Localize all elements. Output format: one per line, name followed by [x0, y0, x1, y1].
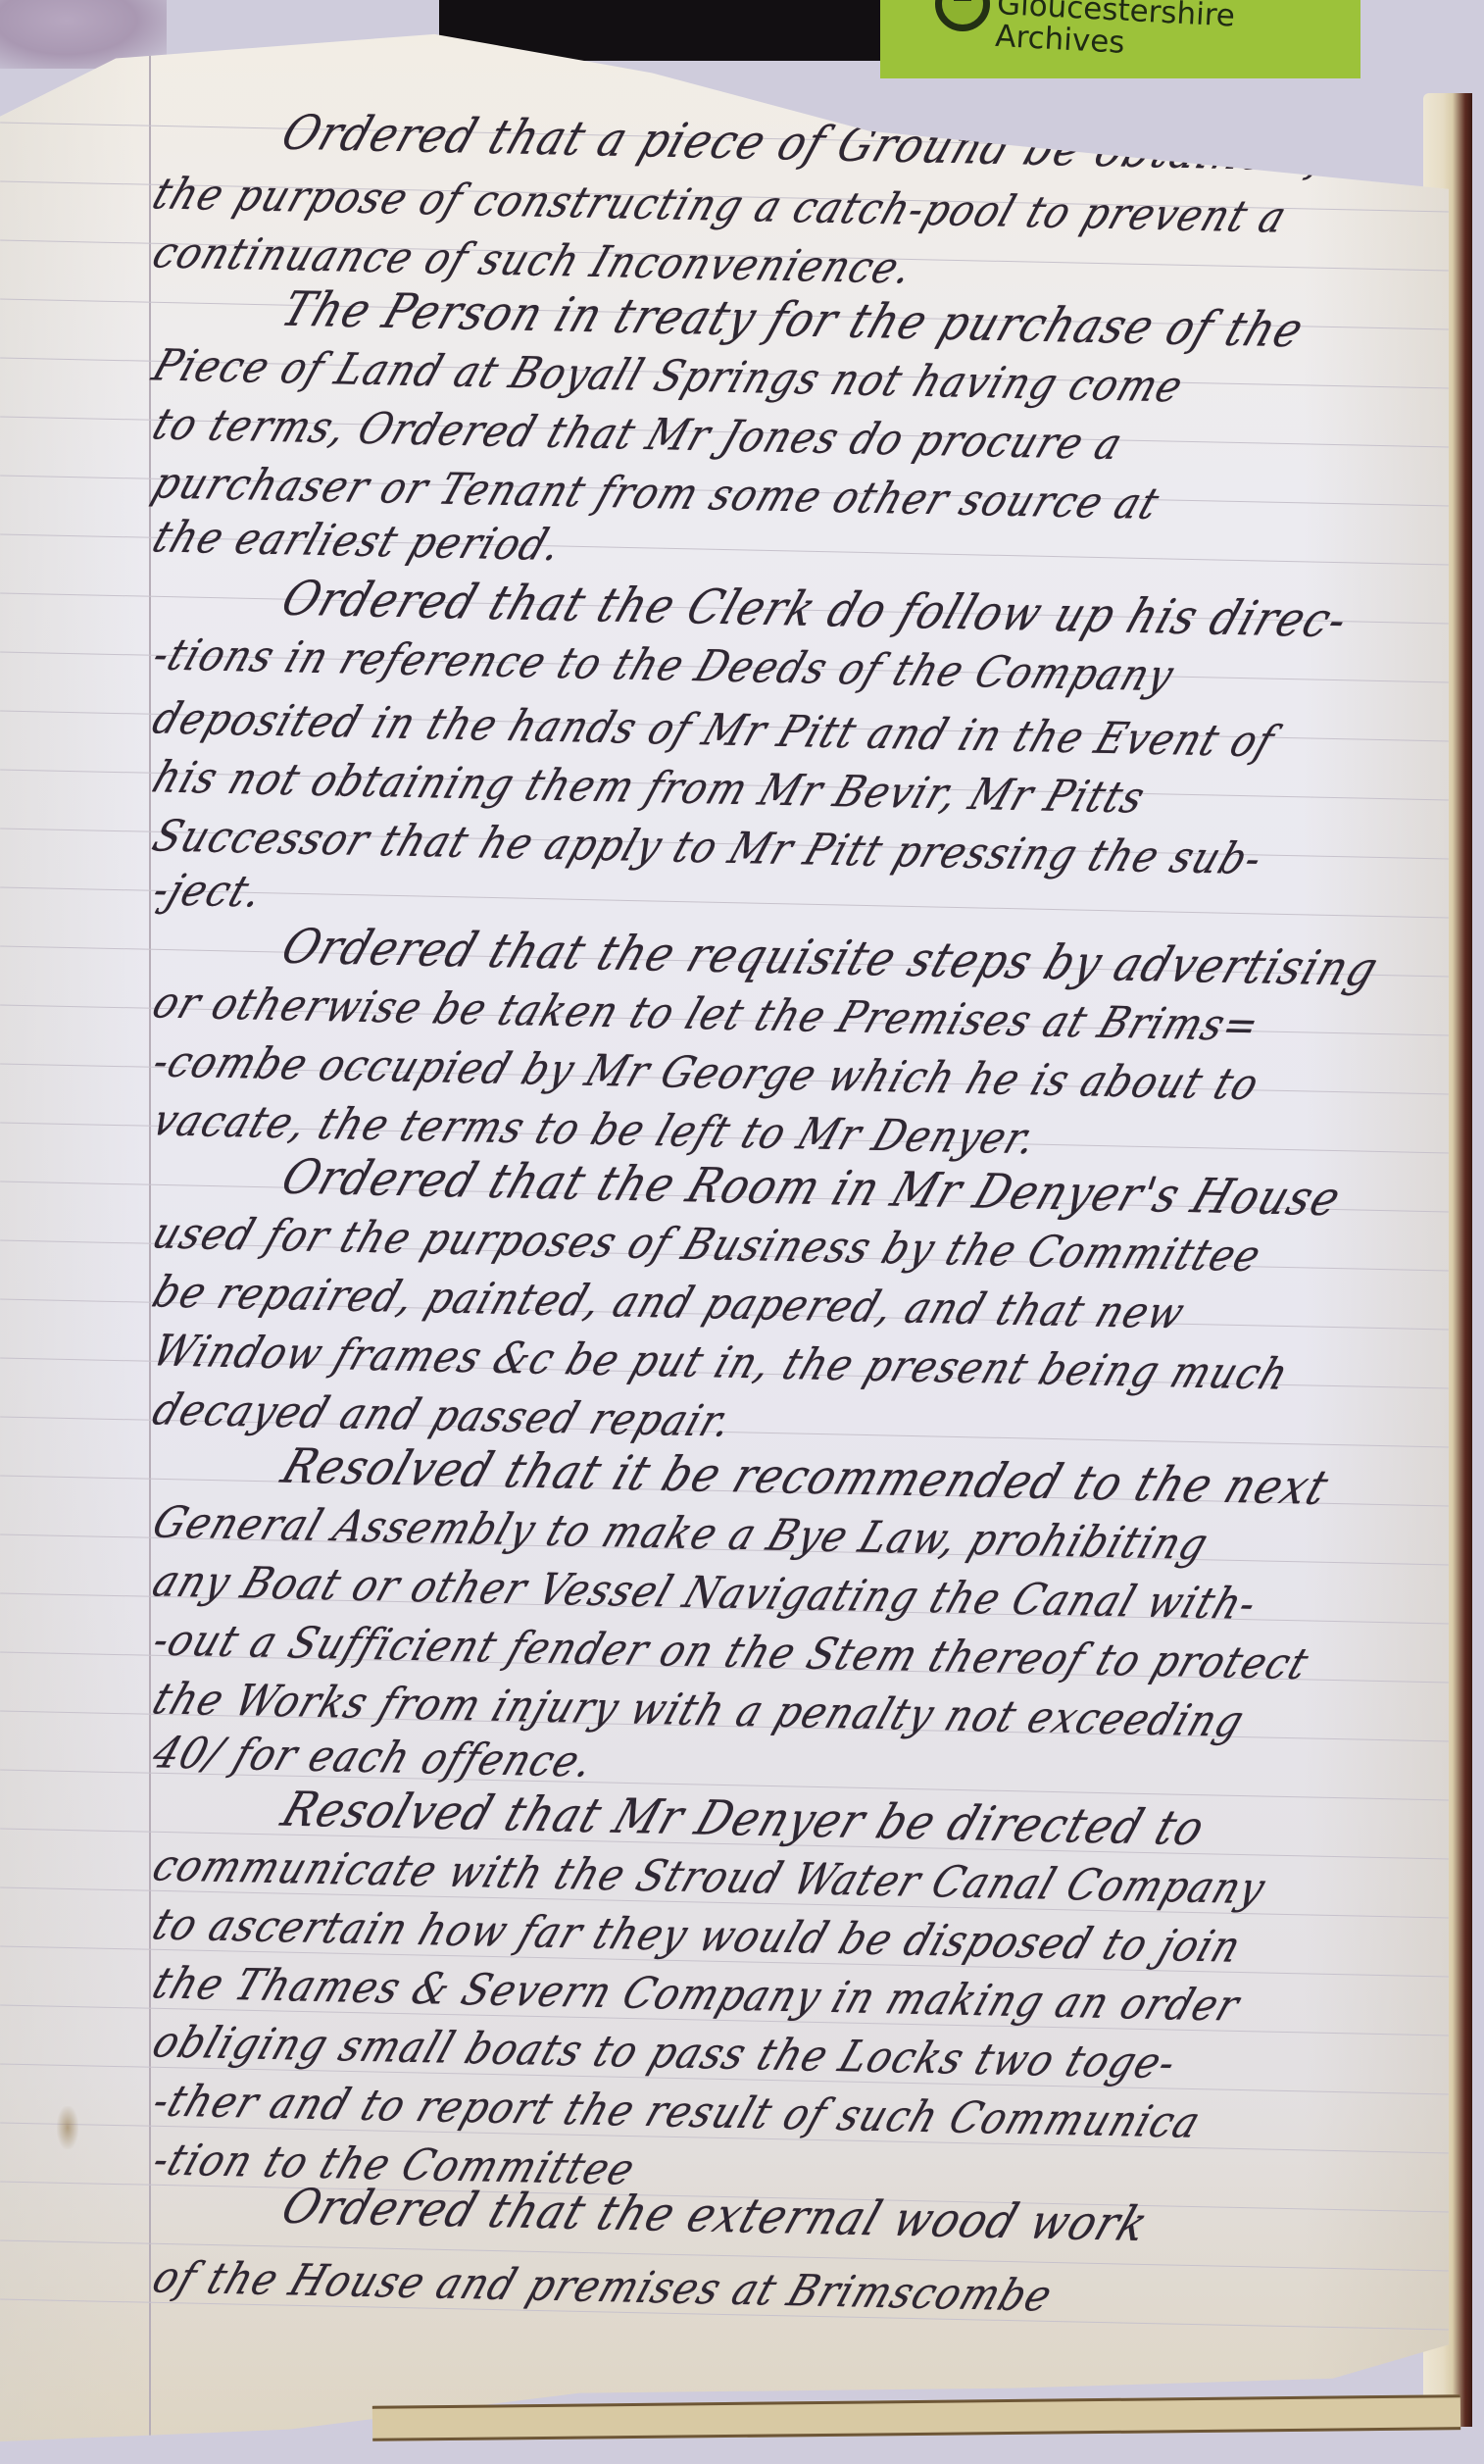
book-bottom-edge — [372, 2394, 1460, 2441]
manuscript-line: of the House and premises at Brimscombe — [146, 2253, 1060, 2322]
manuscript-text: Ordered that a piece of Ground be obtain… — [0, 20, 1449, 2441]
manuscript-page: Ordered that a piece of Ground be obtain… — [0, 20, 1449, 2441]
archive-badge: Gloucestershire Archives — [880, 0, 1360, 78]
manuscript-line: the earliest period. — [146, 513, 569, 571]
manuscript-line: obliging small boats to pass the Locks t… — [146, 2018, 1183, 2089]
archive-seal-icon — [935, 0, 990, 31]
paper-stain — [57, 2106, 78, 2149]
paragraph-first-line: Resolved that Mr Denyer be directed to — [274, 1782, 1212, 1856]
paragraph-first-line: Ordered that the external wood work — [274, 2179, 1156, 2252]
manuscript-line: be repaired, painted, and papered, and t… — [146, 1268, 1192, 1339]
paragraph-first-line: Ordered that a piece of Ground be obtain… — [274, 105, 1390, 183]
manuscript-line: his not obtaining them from Mr Bevir, Mr… — [146, 753, 1152, 824]
manuscript-line: to terms, Ordered that Mr Jones do procu… — [146, 400, 1129, 470]
manuscript-line: 40/ for each offence. — [146, 1729, 601, 1787]
archive-label: Gloucestershire Archives — [995, 0, 1236, 66]
manuscript-line: -ject. — [146, 866, 271, 918]
manuscript-line: decayed and passed repair. — [146, 1385, 739, 1447]
manuscript-line: vacate, the terms to be left to Mr Denye… — [146, 1096, 1044, 1165]
manuscript-line: continuance of such Inconvenience. — [146, 228, 920, 294]
